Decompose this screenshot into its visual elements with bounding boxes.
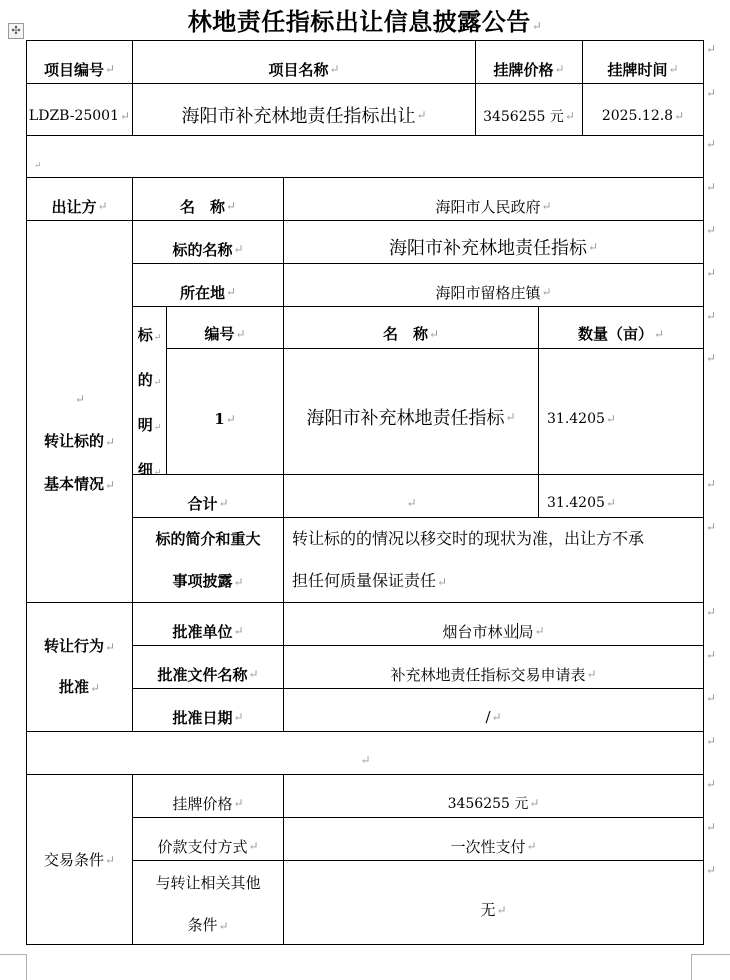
detail-header-number: 编号↵ <box>167 307 283 348</box>
total-label: 合计↵ <box>133 475 283 517</box>
end-of-row-mark: ↵ <box>706 137 716 151</box>
end-of-row-mark: ↵ <box>706 734 716 748</box>
disclosure-label: 标的简介和重大 事项披露↵ <box>133 518 283 602</box>
end-of-row-mark: ↵ <box>706 863 716 877</box>
end-of-row-mark: ↵ <box>706 605 716 619</box>
detail-row-name: 海阳市补充林地责任指标↵ <box>284 349 538 474</box>
project-price: 3456255 元↵ <box>476 84 582 135</box>
header-listing-time: 挂牌时间↵ <box>583 41 703 83</box>
table-border-right <box>703 40 704 945</box>
trade-other-value: 无↵ <box>284 861 703 944</box>
approval-date-label: 批准日期↵ <box>133 689 283 731</box>
page-corner-mark-left <box>0 954 27 980</box>
disclosure-text: 转让标的的情况以移交时的现状为准，出让方不承 担任何质量保证责任↵ <box>284 518 703 602</box>
header-project-name: 项目名称↵ <box>133 41 475 83</box>
end-of-row-mark: ↵ <box>706 351 716 365</box>
approval-date-value: /↵ <box>284 689 703 731</box>
detail-vertical-label: 标↵ 的↵ 明↵ 细↵ <box>133 307 166 474</box>
detail-header-quantity: 数量（亩）↵ <box>539 307 703 348</box>
project-date: 2025.12.8↵ <box>583 84 703 135</box>
location-label: 所在地↵ <box>133 264 283 306</box>
spacer-row: ↵ <box>27 732 703 774</box>
seller-name-value: 海阳市人民政府↵ <box>284 178 703 220</box>
end-of-row-mark: ↵ <box>706 86 716 100</box>
document-title: 林地责任指标出让信息披露公告↵ <box>0 4 730 40</box>
trade-section-label: 交易条件↵ <box>27 775 132 944</box>
end-of-row-mark: ↵ <box>706 309 716 323</box>
total-value: 31.4205↵ <box>539 475 703 517</box>
end-of-row-mark: ↵ <box>706 477 716 491</box>
end-of-row-mark: ↵ <box>706 266 716 280</box>
table-move-handle-icon[interactable]: ✣ <box>8 23 24 39</box>
approval-unit-value[interactable]: 烟台市林业局↵ <box>284 603 703 645</box>
seller-name-label: 名 称↵ <box>133 178 283 220</box>
detail-row-number: 1↵ <box>167 349 283 474</box>
seller-label: 出让方↵ <box>27 178 132 220</box>
end-of-row-mark: ↵ <box>706 777 716 791</box>
target-name-value: 海阳市补充林地责任指标↵ <box>284 221 703 263</box>
trade-payment-label: 价款支付方式↵ <box>133 818 283 860</box>
detail-header-name: 名 称↵ <box>284 307 538 348</box>
location-value: 海阳市留格庄镇↵ <box>284 264 703 306</box>
end-of-row-mark: ↵ <box>706 180 716 194</box>
end-of-row-mark: ↵ <box>706 691 716 705</box>
table-border-bottom <box>26 944 704 945</box>
header-project-code: 项目编号↵ <box>27 41 132 83</box>
end-of-row-mark: ↵ <box>706 42 716 56</box>
trade-price-label: 挂牌价格↵ <box>133 775 283 817</box>
end-of-row-mark: ↵ <box>706 648 716 662</box>
end-of-row-mark: ↵ <box>706 223 716 237</box>
project-code: LDZB-25001↵ <box>27 84 132 135</box>
approval-doc-value: 补充林地责任指标交易申请表↵ <box>284 646 703 688</box>
detail-row-quantity: 31.4205↵ <box>539 349 703 474</box>
total-empty-cell: ↵ <box>284 475 538 517</box>
trade-other-label: 与转让相关其他 条件↵ <box>133 861 283 944</box>
trade-payment-value: 一次性支付↵ <box>284 818 703 860</box>
subject-section-label: ↵ 转让标的↵ 基本情况↵ <box>27 221 132 602</box>
approval-unit-label: 批准单位↵ <box>133 603 283 645</box>
end-of-row-mark: ↵ <box>706 820 716 834</box>
approval-section-label: 转让行为↵ 批准↵ <box>27 603 132 731</box>
header-listing-price: 挂牌价格↵ <box>476 41 582 83</box>
page-corner-mark-right <box>691 954 730 980</box>
project-name: 海阳市补充林地责任指标出让↵ <box>133 84 475 135</box>
spacer-row: ↵ <box>27 136 703 177</box>
trade-price-value: 3456255 元↵ <box>284 775 703 817</box>
approval-doc-label: 批准文件名称↵ <box>133 646 283 688</box>
end-of-row-mark: ↵ <box>706 520 716 534</box>
target-name-label: 标的名称↵ <box>133 221 283 263</box>
